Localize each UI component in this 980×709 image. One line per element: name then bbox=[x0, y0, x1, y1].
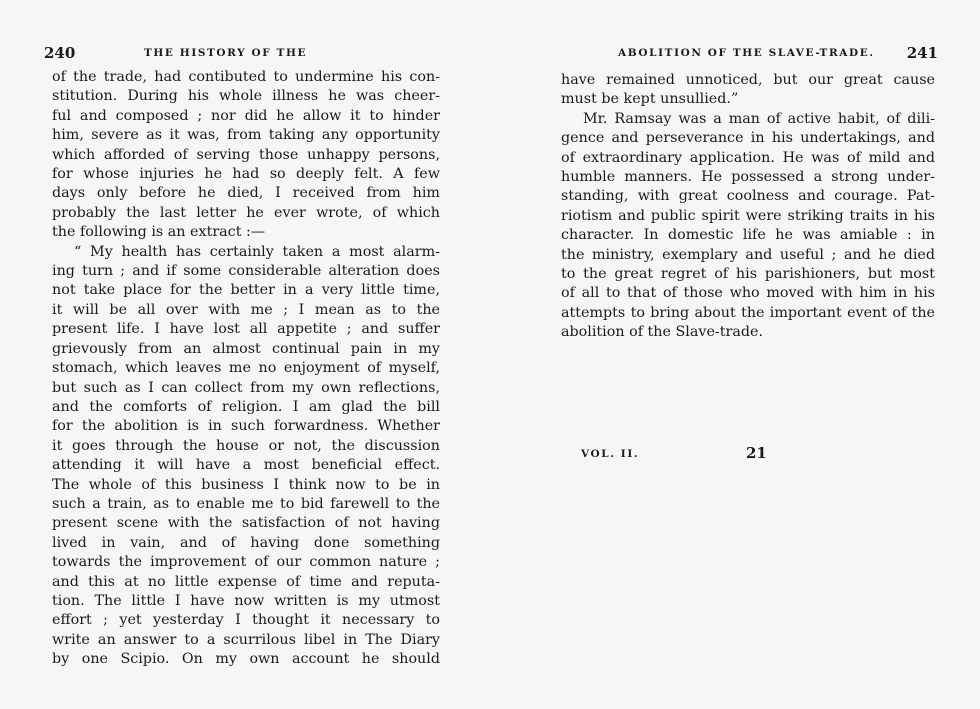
text-line: grievously from an almost continual pain… bbox=[52, 340, 440, 359]
text-line: and the comforts of religion. I am glad … bbox=[52, 398, 440, 417]
text-line: by one Scipio. On my own account he shou… bbox=[52, 650, 440, 669]
text-line: such a train, as to enable me to bid far… bbox=[52, 495, 440, 514]
text-line: probably the last letter he ever wrote, … bbox=[52, 204, 440, 223]
left-body-text: of the trade, had contibuted to undermin… bbox=[52, 68, 440, 670]
right-page: ABOLITION OF THE SLAVE-TRADE. 241 have r… bbox=[490, 0, 980, 709]
volume-mark: VOL. II. bbox=[581, 448, 639, 460]
signature-mark: 21 bbox=[746, 444, 767, 462]
text-line: character. In domestic life he was amiab… bbox=[561, 226, 935, 245]
text-line: riotism and public spirit were striking … bbox=[561, 207, 935, 226]
text-line: The whole of this business I think now t… bbox=[52, 476, 440, 495]
right-running-head: ABOLITION OF THE SLAVE-TRADE. 241 bbox=[618, 44, 938, 64]
paragraph-start-line: Mr. Ramsay was a man of active habit, of… bbox=[561, 110, 935, 129]
text-line: ing turn ; and if some considerable alte… bbox=[52, 262, 440, 281]
running-head-title: THE HISTORY OF THE bbox=[144, 47, 307, 59]
text-line: stomach, which leaves me no enjoyment of… bbox=[52, 359, 440, 378]
text-line: attempts to bring about the important ev… bbox=[561, 304, 935, 323]
text-line: of all to that of those who moved with h… bbox=[561, 284, 935, 303]
right-body-text: have remained unnoticed, but our great c… bbox=[561, 71, 935, 343]
text-line: for the abolition is in such forwardness… bbox=[52, 417, 440, 436]
text-line: tion. The little I have now written is m… bbox=[52, 592, 440, 611]
text-line: it goes through the house or not, the di… bbox=[52, 437, 440, 456]
page-number: 241 bbox=[907, 44, 938, 62]
quote-start-line: “ My health has certainly taken a most a… bbox=[52, 243, 440, 262]
text-line: to the great regret of his parishioners,… bbox=[561, 265, 935, 284]
text-line: stitution. During his whole illness he w… bbox=[52, 87, 440, 106]
text-line: towards the improvement of our common na… bbox=[52, 553, 440, 572]
text-line: humble manners. He possessed a strong un… bbox=[561, 168, 935, 187]
text-line: the ministry, exemplary and useful ; and… bbox=[561, 246, 935, 265]
text-line: present life. I have lost all appetite ;… bbox=[52, 320, 440, 339]
text-line: of the trade, had contibuted to undermin… bbox=[52, 68, 440, 87]
text-line: him, severe as it was, from taking any o… bbox=[52, 126, 440, 145]
page-number: 240 bbox=[44, 44, 75, 62]
text-line: write an answer to a scurrilous libel in… bbox=[52, 631, 440, 650]
text-line: for whose injuries he had so deeply felt… bbox=[52, 165, 440, 184]
text-line: which afforded of serving those unhappy … bbox=[52, 146, 440, 165]
text-line: standing, with great coolness and courag… bbox=[561, 187, 935, 206]
text-line: have remained unnoticed, but our great c… bbox=[561, 71, 935, 90]
text-line: not take place for the better in a very … bbox=[52, 281, 440, 300]
left-page: 240 THE HISTORY OF THE of the trade, had… bbox=[0, 0, 490, 709]
text-line: and this at no little expense of time an… bbox=[52, 573, 440, 592]
text-line: days only before he died, I received fro… bbox=[52, 184, 440, 203]
text-line: attending it will have a most beneficial… bbox=[52, 456, 440, 475]
text-line: lived in vain, and of having done someth… bbox=[52, 534, 440, 553]
text-line: abolition of the Slave-trade. bbox=[561, 323, 935, 342]
text-line: of extraordinary application. He was of … bbox=[561, 149, 935, 168]
text-line: ful and composed ; nor did he allow it t… bbox=[52, 107, 440, 126]
left-running-head: 240 THE HISTORY OF THE bbox=[44, 44, 444, 64]
text-line: the following is an extract :— bbox=[52, 223, 440, 242]
text-line: effort ; yet yesterday I thought it nece… bbox=[52, 611, 440, 630]
text-line: it will be all over with me ; I mean as … bbox=[52, 301, 440, 320]
quote-end-line: must be kept unsullied.” bbox=[561, 90, 935, 109]
text-line: present scene with the satisfaction of n… bbox=[52, 514, 440, 533]
text-line: gence and perseverance in his undertakin… bbox=[561, 129, 935, 148]
text-line: but such as I can collect from my own re… bbox=[52, 379, 440, 398]
running-head-title: ABOLITION OF THE SLAVE-TRADE. bbox=[618, 47, 875, 59]
